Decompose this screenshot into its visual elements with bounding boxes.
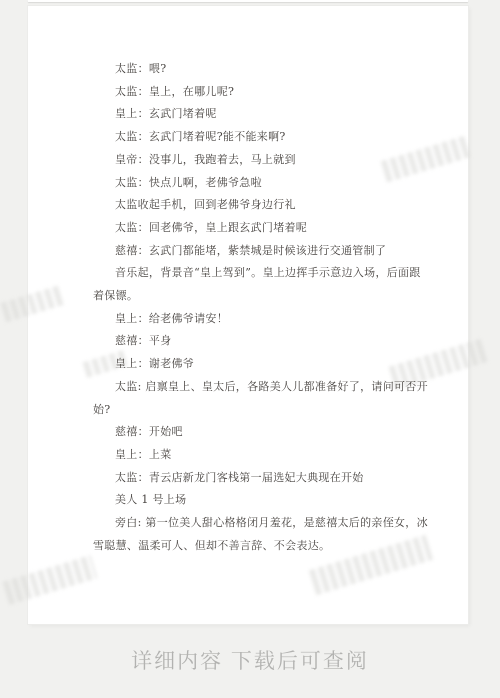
script-line: 美人 1 号上场	[93, 489, 424, 512]
script-line: 皇上：上菜	[93, 444, 424, 467]
script-line: 太监：快点儿啊，老佛爷急啦	[93, 172, 424, 195]
script-line: 皇上：谢老佛爷	[93, 353, 424, 376]
script-line: 皇上：玄武门堵着呢	[93, 103, 424, 126]
script-line: 皇帝：没事儿，我跑着去，马上就到	[93, 149, 424, 172]
script-line: 始?	[93, 399, 424, 422]
script-text: 太监：喂?太监：皇上，在哪儿呢?皇上：玄武门堵着呢太监：玄武门堵着呢?能不能来啊…	[28, 6, 468, 557]
script-line: 旁白: 第一位美人甜心格格闭月羞花，是慈禧太后的亲侄女，冰	[93, 512, 424, 535]
script-line: 太监：玄武门堵着呢?能不能来啊?	[93, 126, 424, 149]
script-line: 太监：皇上，在哪儿呢?	[93, 81, 424, 104]
footer-note: 详细内容 下载后可查阅	[0, 645, 500, 675]
script-line: 太监: 启禀皇上、皇太后，各路美人儿都准备好了，请问可否开	[93, 376, 424, 399]
script-line: 着保镖。	[93, 285, 424, 308]
script-line: 太监：回老佛爷，皇上跟玄武门堵着呢	[93, 217, 424, 240]
document-page[interactable]: 太监：喂?太监：皇上，在哪儿呢?皇上：玄武门堵着呢太监：玄武门堵着呢?能不能来啊…	[28, 6, 468, 624]
script-line: 慈禧：平身	[93, 330, 424, 353]
script-line: 雪聪慧、温柔可人、但却不善言辞、不会表达。	[93, 535, 424, 558]
script-line: 太监：喂?	[93, 58, 424, 81]
script-line: 皇上：给老佛爷请安！	[93, 308, 424, 331]
script-line: 太监：青云店新龙门客栈第一届选妃大典现在开始	[93, 467, 424, 490]
previous-page-edge	[28, 0, 468, 2]
document-preview: 太监：喂?太监：皇上，在哪儿呢?皇上：玄武门堵着呢太监：玄武门堵着呢?能不能来啊…	[0, 0, 500, 698]
script-line: 慈禧：玄武门都能堵，紫禁城是时候该进行交通管制了	[93, 240, 424, 263]
script-line: 太监收起手机，回到老佛爷身边行礼	[93, 194, 424, 217]
script-line: 慈禧：开始吧	[93, 421, 424, 444]
script-line: 音乐起，背景音“皇上驾到”。皇上边挥手示意边入场，后面跟	[93, 262, 424, 285]
